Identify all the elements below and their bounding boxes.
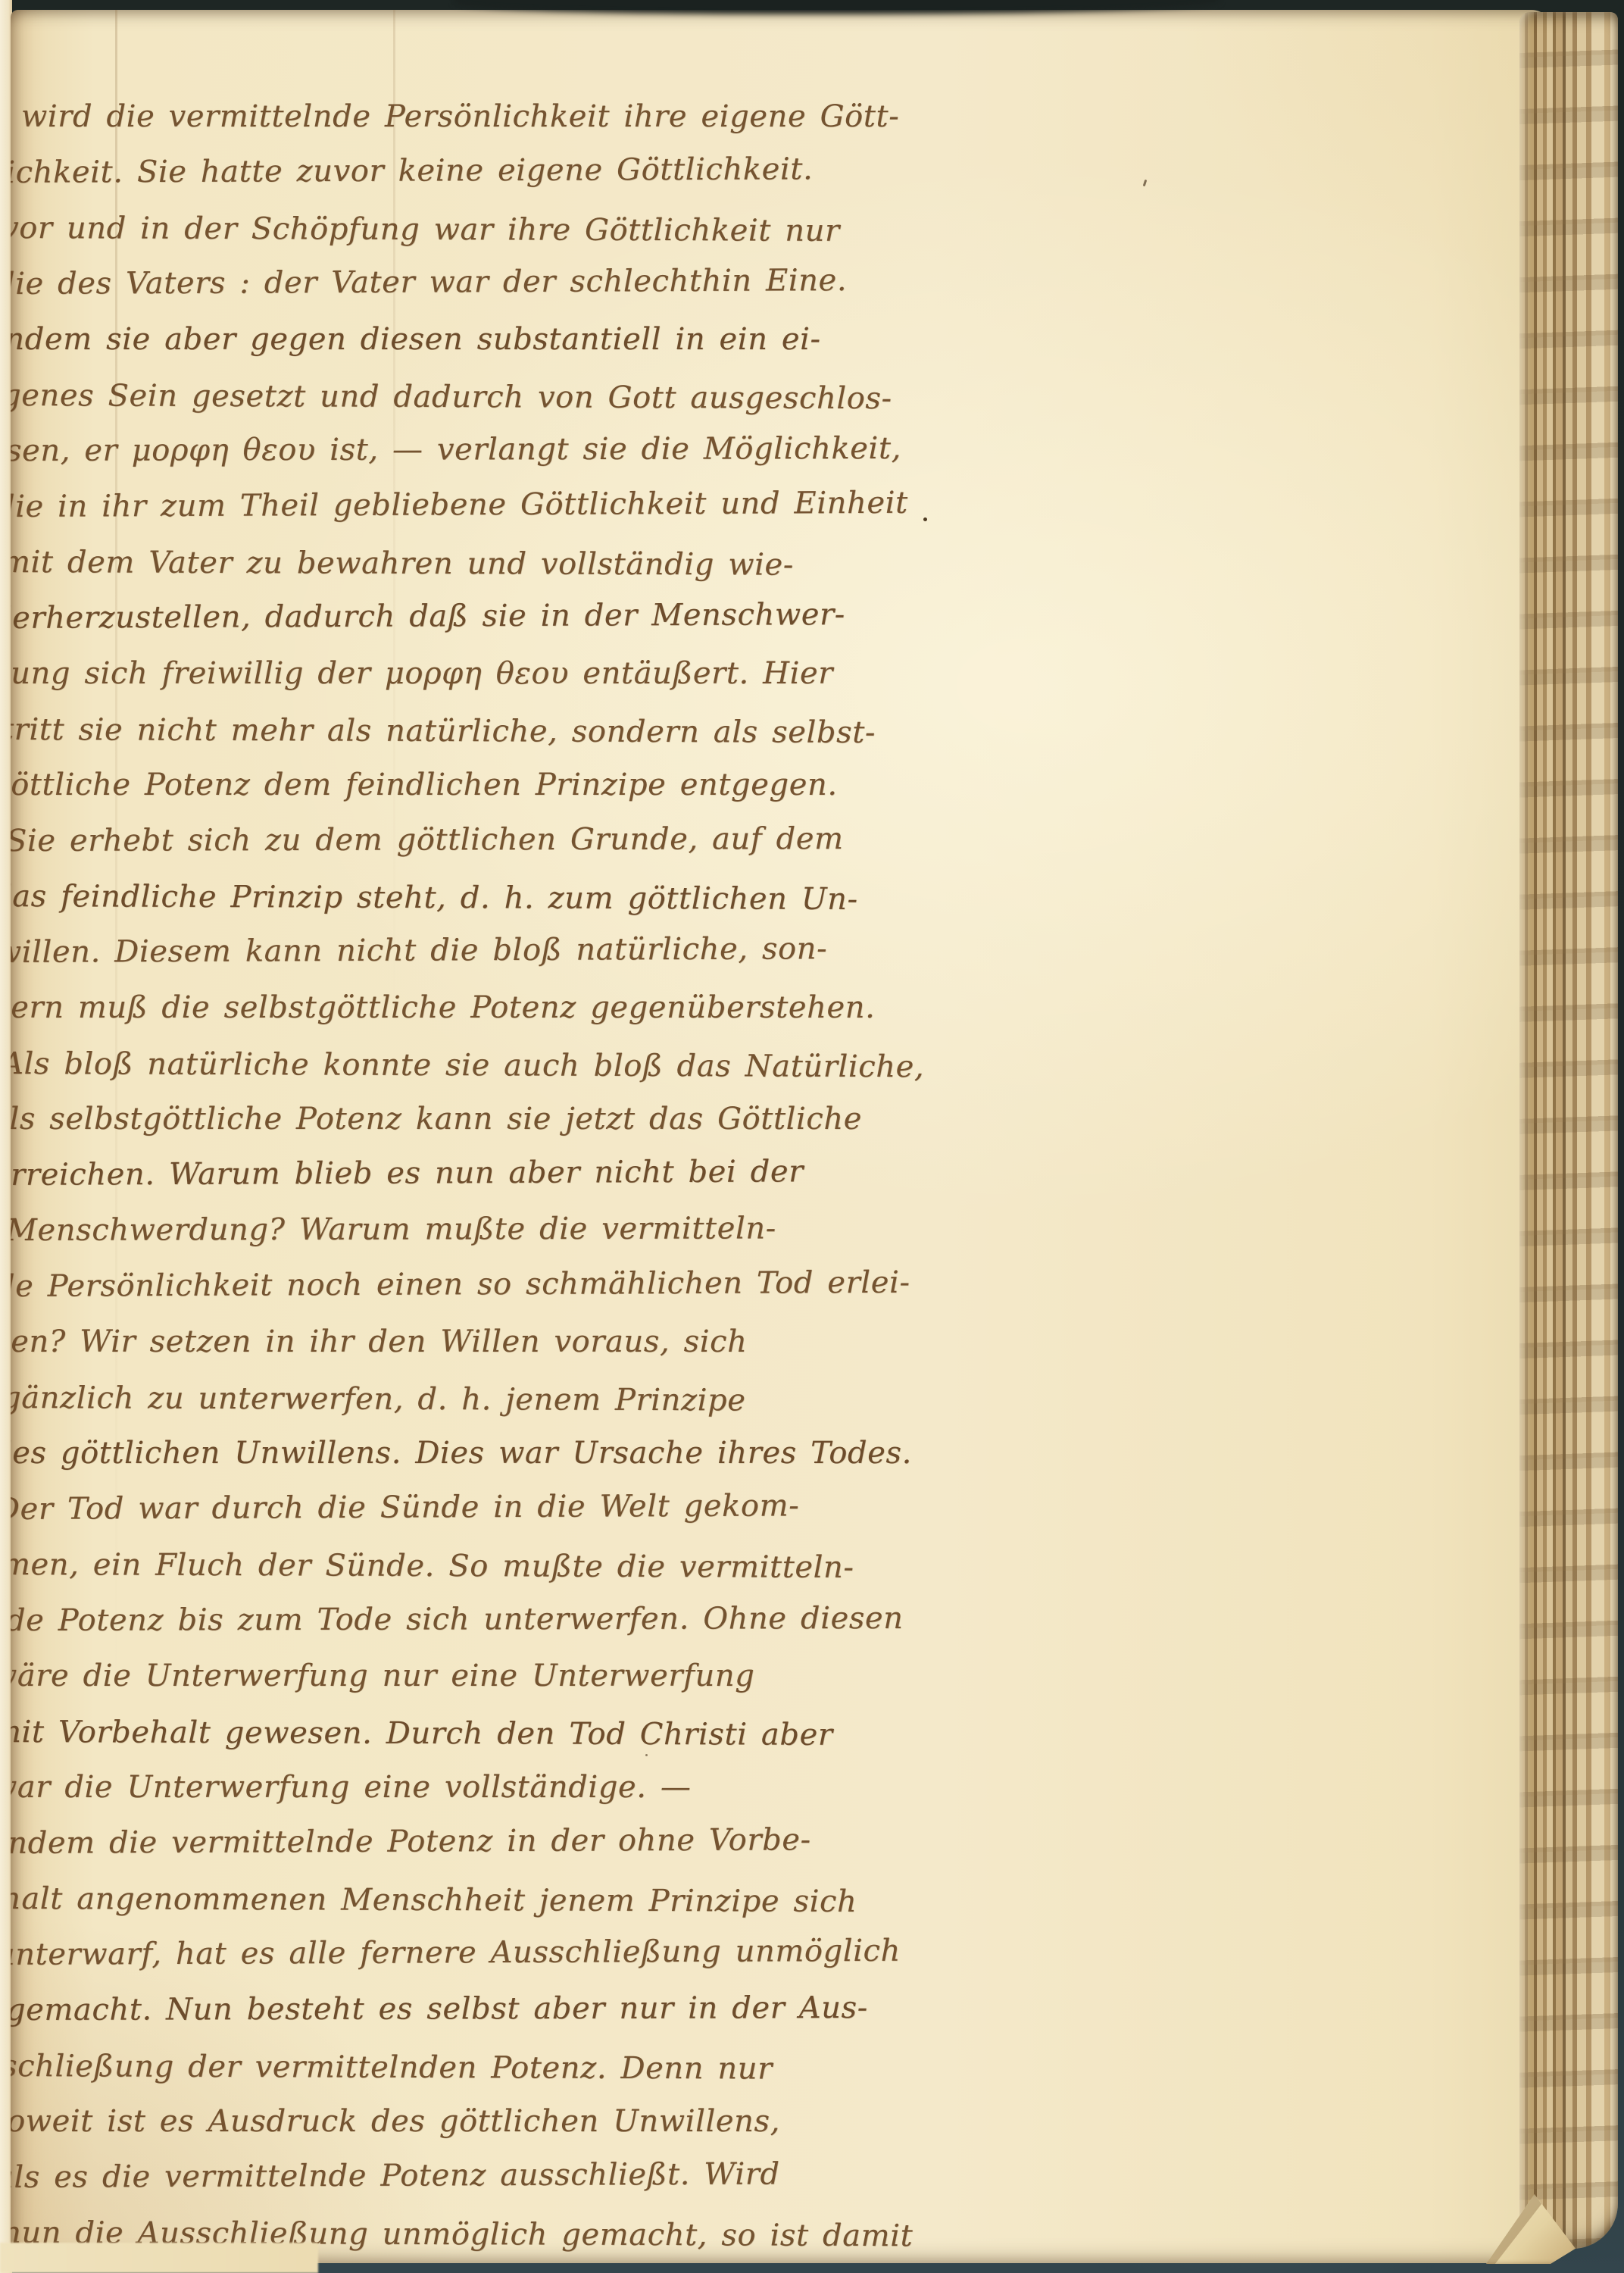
manuscript-line: wäre die Unterwerfung nur eine Unterwerf… (11, 1659, 938, 1715)
manuscript-line: de Persönlichkeit noch einen so schmähli… (11, 1265, 938, 1324)
manuscript-text: wird die vermittelnde Persönlichkeit ihr… (11, 99, 938, 2263)
manuscript-line: erreichen. Warum blieb es nun aber nicht… (11, 1153, 938, 1213)
manuscript-line: Der Tod war durch die Sünde in die Welt … (11, 1487, 938, 1547)
manuscript-line: men, ein Fluch der Sünde. So mußte die v… (11, 1547, 938, 1606)
manuscript-line: wird die vermittelnde Persönlichkeit ihr… (21, 99, 938, 155)
manuscript-line: die in ihr zum Theil gebliebene Göttlich… (11, 485, 938, 545)
manuscript-line: genes Sein gesetzt und dadurch von Gott … (11, 378, 938, 437)
manuscript-line: schließung der vermittelnden Potenz. Den… (11, 2049, 938, 2108)
manuscript-line: vor und in der Schöpfung war ihre Göttli… (11, 211, 938, 270)
manuscript-line: gemacht. Nun besteht es selbst aber nur … (11, 1990, 938, 2049)
manuscript-line: Als bloß natürliche konnte sie auch bloß… (11, 1046, 938, 1105)
manuscript-line: dern muß die selbstgöttliche Potenz gege… (11, 990, 938, 1046)
manuscript-line: dung sich freiwillig der μορφη θεου entä… (11, 656, 938, 712)
page-bottom-edge (0, 2243, 318, 2273)
manuscript-line: Indem die vermittelnde Potenz in der ohn… (11, 1821, 938, 1881)
manuscript-line: soweit ist es Ausdruck des göttlichen Un… (11, 2104, 938, 2160)
ink-speck (1143, 180, 1148, 186)
ink-speck (923, 517, 927, 521)
manuscript-line: als selbstgöttliche Potenz kann sie jetz… (11, 1102, 938, 1158)
ink-speck (645, 1754, 648, 1756)
manuscript-line: lichkeit. Sie hatte zuvor keine eigene G… (11, 151, 938, 211)
manuscript-line: Menschwerdung? Warum mußte die vermittel… (11, 1211, 938, 1269)
manuscript-line: Sie erhebt sich zu dem göttlichen Grunde… (11, 821, 938, 879)
manuscript-line: willen. Diesem kann nicht die bloß natür… (11, 930, 938, 990)
manuscript-line: war die Unterwerfung eine vollständige. … (11, 1770, 938, 1826)
manuscript-line: tritt sie nicht mehr als natürliche, son… (11, 712, 938, 771)
manuscript-photo: wird die vermittelnde Persönlichkeit ihr… (0, 0, 1624, 2273)
manuscript-line: den? Wir setzen in ihr den Willen voraus… (11, 1324, 938, 1380)
manuscript-line: mit dem Vater zu bewahren und vollständi… (11, 545, 938, 604)
manuscript-line: das feindliche Prinzip steht, d. h. zum … (11, 879, 938, 938)
manuscript-line: Indem sie aber gegen diesen substantiell… (11, 322, 938, 378)
manuscript-line: gänzlich zu unterwerfen, d. h. jenem Pri… (11, 1380, 938, 1440)
book-fore-edge (1519, 12, 1618, 2249)
manuscript-line: die des Vaters : der Vater war der schle… (11, 262, 938, 322)
manuscript-line: göttliche Potenz dem feindlichen Prinzip… (11, 768, 938, 824)
manuscript-line: als es die vermittelnde Potenz ausschlie… (11, 2156, 938, 2215)
manuscript-line: sen, er μορφη θεου ist, — verlangt sie d… (11, 431, 938, 489)
manuscript-page: wird die vermittelnde Persönlichkeit ihr… (11, 10, 1551, 2263)
manuscript-line: des göttlichen Unwillens. Dies war Ursac… (11, 1436, 938, 1492)
manuscript-line: halt angenommenen Menschheit jenem Prinz… (11, 1881, 938, 1940)
manuscript-line: mit Vorbehalt gewesen. Durch den Tod Chr… (11, 1715, 938, 1774)
manuscript-line: unterwarf, hat es alle fernere Ausschlie… (11, 1933, 938, 1993)
manuscript-line: derherzustellen, dadurch daß sie in der … (11, 596, 938, 656)
manuscript-line: de Potenz bis zum Tode sich unterwerfen.… (11, 1600, 938, 1659)
